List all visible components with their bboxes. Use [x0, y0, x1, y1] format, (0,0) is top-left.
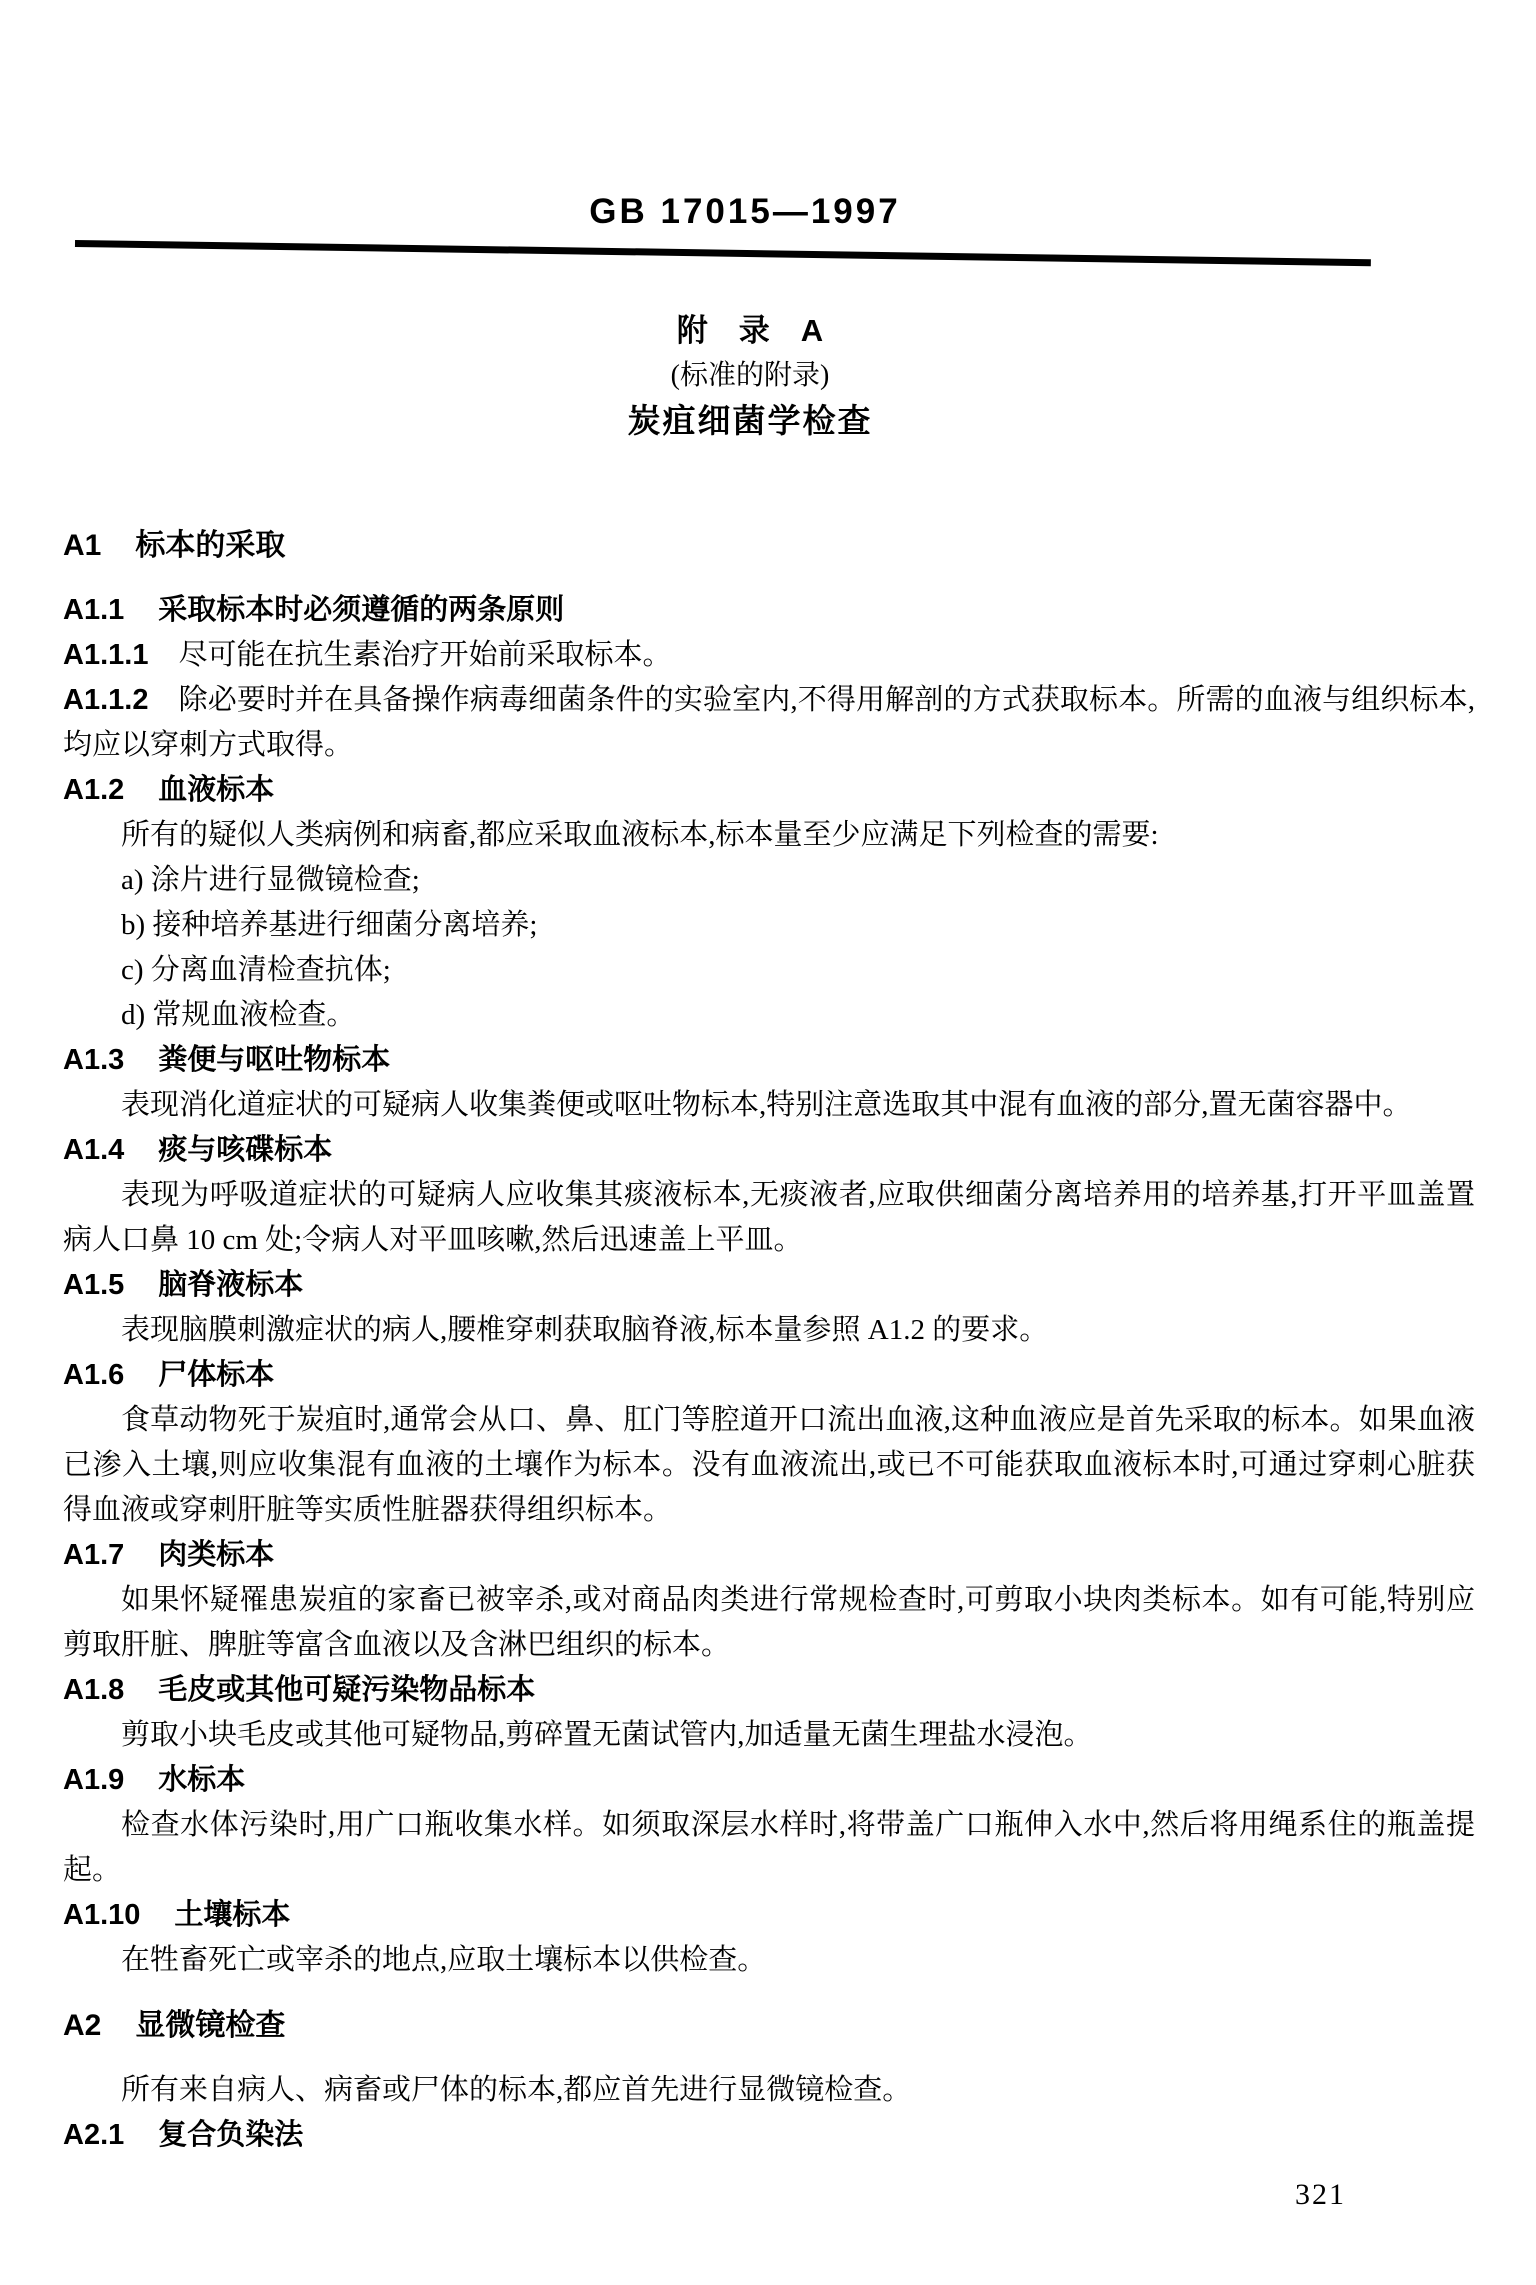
clause-text: 粪便与呕吐物标本: [158, 1044, 390, 1076]
document-page: GB 17015—1997 附 录 A (标准的附录) 炭疽细菌学检查 A1标本…: [0, 0, 1536, 2285]
section-heading-2: A1.2血液标本: [63, 768, 1475, 813]
section-heading-2: A1.4痰与咳碟标本: [63, 1128, 1475, 1173]
section-heading-2: A1.9水标本: [63, 1758, 1475, 1803]
section-heading-2: A2.1复合负染法: [63, 2113, 1475, 2158]
clause-text: a) 涂片进行显微镜检查;: [121, 864, 420, 896]
section-heading-2: A1.10土壤标本: [63, 1893, 1475, 1938]
clause-text: 检查水体污染时,用广口瓶收集水样。如须取深层水样时,将带盖广口瓶伸入水中,然后将…: [63, 1809, 1475, 1886]
paragraph: 表现消化道症状的可疑病人收集粪便或呕吐物标本,特别注意选取其中混有血液的部分,置…: [63, 1083, 1475, 1128]
clause-number: A2.1: [63, 2119, 124, 2151]
section-heading-2: A1.5脑脊液标本: [63, 1263, 1475, 1308]
clause-text: 表现为呼吸道症状的可疑病人应收集其痰液标本,无痰液者,应取供细菌分离培养用的培养…: [63, 1179, 1475, 1256]
numbered-paragraph: A1.1.2除必要时并在具备操作病毒细菌条件的实验室内,不得用解剖的方式获取标本…: [63, 678, 1475, 768]
clause-text: 除必要时并在具备操作病毒细菌条件的实验室内,不得用解剖的方式获取标本。所需的血液…: [63, 684, 1475, 761]
paragraph: 检查水体污染时,用广口瓶收集水样。如须取深层水样时,将带盖广口瓶伸入水中,然后将…: [63, 1803, 1475, 1893]
clause-number: A1.6: [63, 1359, 124, 1391]
clause-text: 在牲畜死亡或宰杀的地点,应取土壤标本以供检查。: [121, 1944, 766, 1976]
clause-text: c) 分离血清检查抗体;: [121, 954, 391, 986]
paragraph: 剪取小块毛皮或其他可疑物品,剪碎置无菌试管内,加适量无菌生理盐水浸泡。: [63, 1713, 1475, 1758]
clause-number: A1.1.1: [63, 639, 148, 671]
appendix-heading: 炭疽细菌学检查: [0, 398, 1500, 443]
clause-text: 土壤标本: [174, 1899, 290, 1931]
appendix-title-block: 附 录 A (标准的附录) 炭疽细菌学检查: [0, 308, 1500, 443]
clause-number: A1.5: [63, 1269, 124, 1301]
paragraph: 表现脑膜刺激症状的病人,腰椎穿刺获取脑脊液,标本量参照 A1.2 的要求。: [63, 1308, 1475, 1353]
clause-text: 显微镜检查: [135, 2009, 285, 2042]
clause-number: A1.9: [63, 1764, 124, 1796]
clause-number: A1.4: [63, 1134, 124, 1166]
section-heading-2: A1.1采取标本时必须遵循的两条原则: [63, 588, 1475, 633]
clause-text: 尸体标本: [158, 1359, 274, 1391]
paragraph: 在牲畜死亡或宰杀的地点,应取土壤标本以供检查。: [63, 1938, 1475, 1983]
clause-text: 采取标本时必须遵循的两条原则: [158, 594, 564, 626]
clause-text: d) 常规血液检查。: [121, 999, 355, 1031]
clause-text: 水标本: [158, 1764, 245, 1796]
paragraph: 所有来自病人、病畜或尸体的标本,都应首先进行显微镜检查。: [63, 2068, 1475, 2113]
clause-number: A1.3: [63, 1044, 124, 1076]
section-heading-1: A1标本的采取: [63, 523, 1475, 568]
clause-text: 剪取小块毛皮或其他可疑物品,剪碎置无菌试管内,加适量无菌生理盐水浸泡。: [121, 1719, 1093, 1751]
clause-text: 所有来自病人、病畜或尸体的标本,都应首先进行显微镜检查。: [121, 2074, 911, 2106]
header-rule: [75, 240, 1371, 266]
list-item: c) 分离血清检查抗体;: [63, 948, 1475, 993]
clause-text: 标本的采取: [135, 529, 285, 562]
clause-number: A1.2: [63, 774, 124, 806]
page-number: 321: [1295, 2178, 1346, 2212]
section-heading-1: A2显微镜检查: [63, 2003, 1475, 2048]
clause-number: A1.10: [63, 1899, 140, 1931]
clause-text: b) 接种培养基进行细菌分离培养;: [121, 909, 537, 941]
clause-text: 血液标本: [158, 774, 274, 806]
clause-text: 肉类标本: [158, 1539, 274, 1571]
clause-text: 食草动物死于炭疽时,通常会从口、鼻、肛门等腔道开口流出血液,这种血液应是首先采取…: [63, 1404, 1475, 1526]
clause-number: A1.1: [63, 594, 124, 626]
clause-text: 痰与咳碟标本: [158, 1134, 332, 1166]
document-body: A1标本的采取A1.1采取标本时必须遵循的两条原则A1.1.1尽可能在抗生素治疗…: [63, 503, 1475, 2158]
list-item: b) 接种培养基进行细菌分离培养;: [63, 903, 1475, 948]
section-heading-2: A1.8毛皮或其他可疑污染物品标本: [63, 1668, 1475, 1713]
clause-text: 如果怀疑罹患炭疽的家畜已被宰杀,或对商品肉类进行常规检查时,可剪取小块肉类标本。…: [63, 1584, 1475, 1661]
clause-number: A1.1.2: [63, 684, 148, 716]
numbered-paragraph: A1.1.1尽可能在抗生素治疗开始前采取标本。: [63, 633, 1475, 678]
section-heading-2: A1.6尸体标本: [63, 1353, 1475, 1398]
section-heading-2: A1.3粪便与呕吐物标本: [63, 1038, 1475, 1083]
clause-text: 尽可能在抗生素治疗开始前采取标本。: [178, 639, 671, 671]
clause-text: 脑脊液标本: [158, 1269, 303, 1301]
clause-number: A1: [63, 529, 101, 562]
paragraph: 食草动物死于炭疽时,通常会从口、鼻、肛门等腔道开口流出血液,这种血液应是首先采取…: [63, 1398, 1475, 1533]
clause-number: A1.8: [63, 1674, 124, 1706]
clause-text: 所有的疑似人类病例和病畜,都应采取血液标本,标本量至少应满足下列检查的需要:: [121, 819, 1159, 851]
section-heading-2: A1.7肉类标本: [63, 1533, 1475, 1578]
list-item: d) 常规血液检查。: [63, 993, 1475, 1038]
clause-text: 复合负染法: [158, 2119, 303, 2151]
appendix-title: 附 录 A: [0, 308, 1500, 353]
standard-code-header: GB 17015—1997: [0, 192, 1490, 232]
clause-text: 表现脑膜刺激症状的病人,腰椎穿刺获取脑脊液,标本量参照 A1.2 的要求。: [121, 1314, 1048, 1346]
paragraph: 表现为呼吸道症状的可疑病人应收集其痰液标本,无痰液者,应取供细菌分离培养用的培养…: [63, 1173, 1475, 1263]
list-item: a) 涂片进行显微镜检查;: [63, 858, 1475, 903]
clause-text: 毛皮或其他可疑污染物品标本: [158, 1674, 535, 1706]
appendix-subtitle: (标准的附录): [0, 353, 1500, 398]
paragraph: 所有的疑似人类病例和病畜,都应采取血液标本,标本量至少应满足下列检查的需要:: [63, 813, 1475, 858]
paragraph: 如果怀疑罹患炭疽的家畜已被宰杀,或对商品肉类进行常规检查时,可剪取小块肉类标本。…: [63, 1578, 1475, 1668]
clause-number: A1.7: [63, 1539, 124, 1571]
clause-text: 表现消化道症状的可疑病人收集粪便或呕吐物标本,特别注意选取其中混有血液的部分,置…: [121, 1089, 1412, 1121]
clause-number: A2: [63, 2009, 101, 2042]
